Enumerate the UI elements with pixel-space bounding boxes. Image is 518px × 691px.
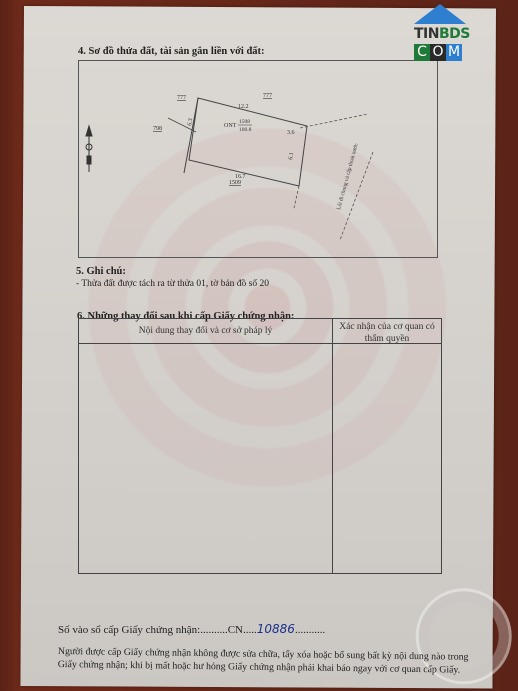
- section-4-title: 4. Sơ đồ thửa đất, tài sản gắn liền với …: [78, 46, 265, 57]
- section-5-title: 5. Ghi chú:: [76, 266, 126, 277]
- changes-table: Nội dung thay đổi và cơ sở pháp lý Xác n…: [78, 318, 442, 574]
- note-text: - Thửa đất được tách ra từ thửa 01, tờ b…: [76, 279, 269, 289]
- column-divider: [332, 319, 333, 573]
- svg-text:777: 777: [263, 93, 272, 99]
- house-roof-icon: [414, 4, 466, 24]
- land-plot-diagram: 777 777 798 1509 12.2 16.7 3.6 6.1 6.3 O…: [78, 60, 438, 260]
- svg-text:1509: 1509: [229, 180, 241, 186]
- svg-text:ONT: ONT: [224, 123, 237, 129]
- svg-text:6.1: 6.1: [288, 152, 295, 160]
- registry-label: Số vào sổ cấp Giấy chứng nhận:: [58, 624, 200, 636]
- tinbds-watermark-logo: TINBDS C O M: [412, 4, 472, 62]
- north-arrow-icon: [86, 126, 92, 172]
- svg-text:1508: 1508: [239, 119, 250, 125]
- svg-text:777: 777: [177, 95, 186, 101]
- column-header-content: Nội dung thay đổi và cơ sở pháp lý: [79, 326, 332, 336]
- svg-text:100.8: 100.8: [239, 127, 252, 133]
- svg-text:12.2: 12.2: [238, 104, 249, 110]
- column-header-confirmation: Xác nhận của cơ quan có thẩm quyền: [333, 321, 441, 345]
- svg-text:6.3: 6.3: [187, 118, 194, 126]
- svg-text:Lối đi chung và cấp thoát nước: Lối đi chung và cấp thoát nước: [335, 142, 360, 211]
- svg-text:3.6: 3.6: [287, 130, 295, 136]
- registry-line: Số vào sổ cấp Giấy chứng nhận:..........…: [58, 622, 325, 636]
- registry-number: 10886: [257, 622, 295, 636]
- registry-prefix: CN: [228, 624, 243, 636]
- svg-text:798: 798: [153, 126, 162, 132]
- svg-text:16.7: 16.7: [235, 174, 246, 180]
